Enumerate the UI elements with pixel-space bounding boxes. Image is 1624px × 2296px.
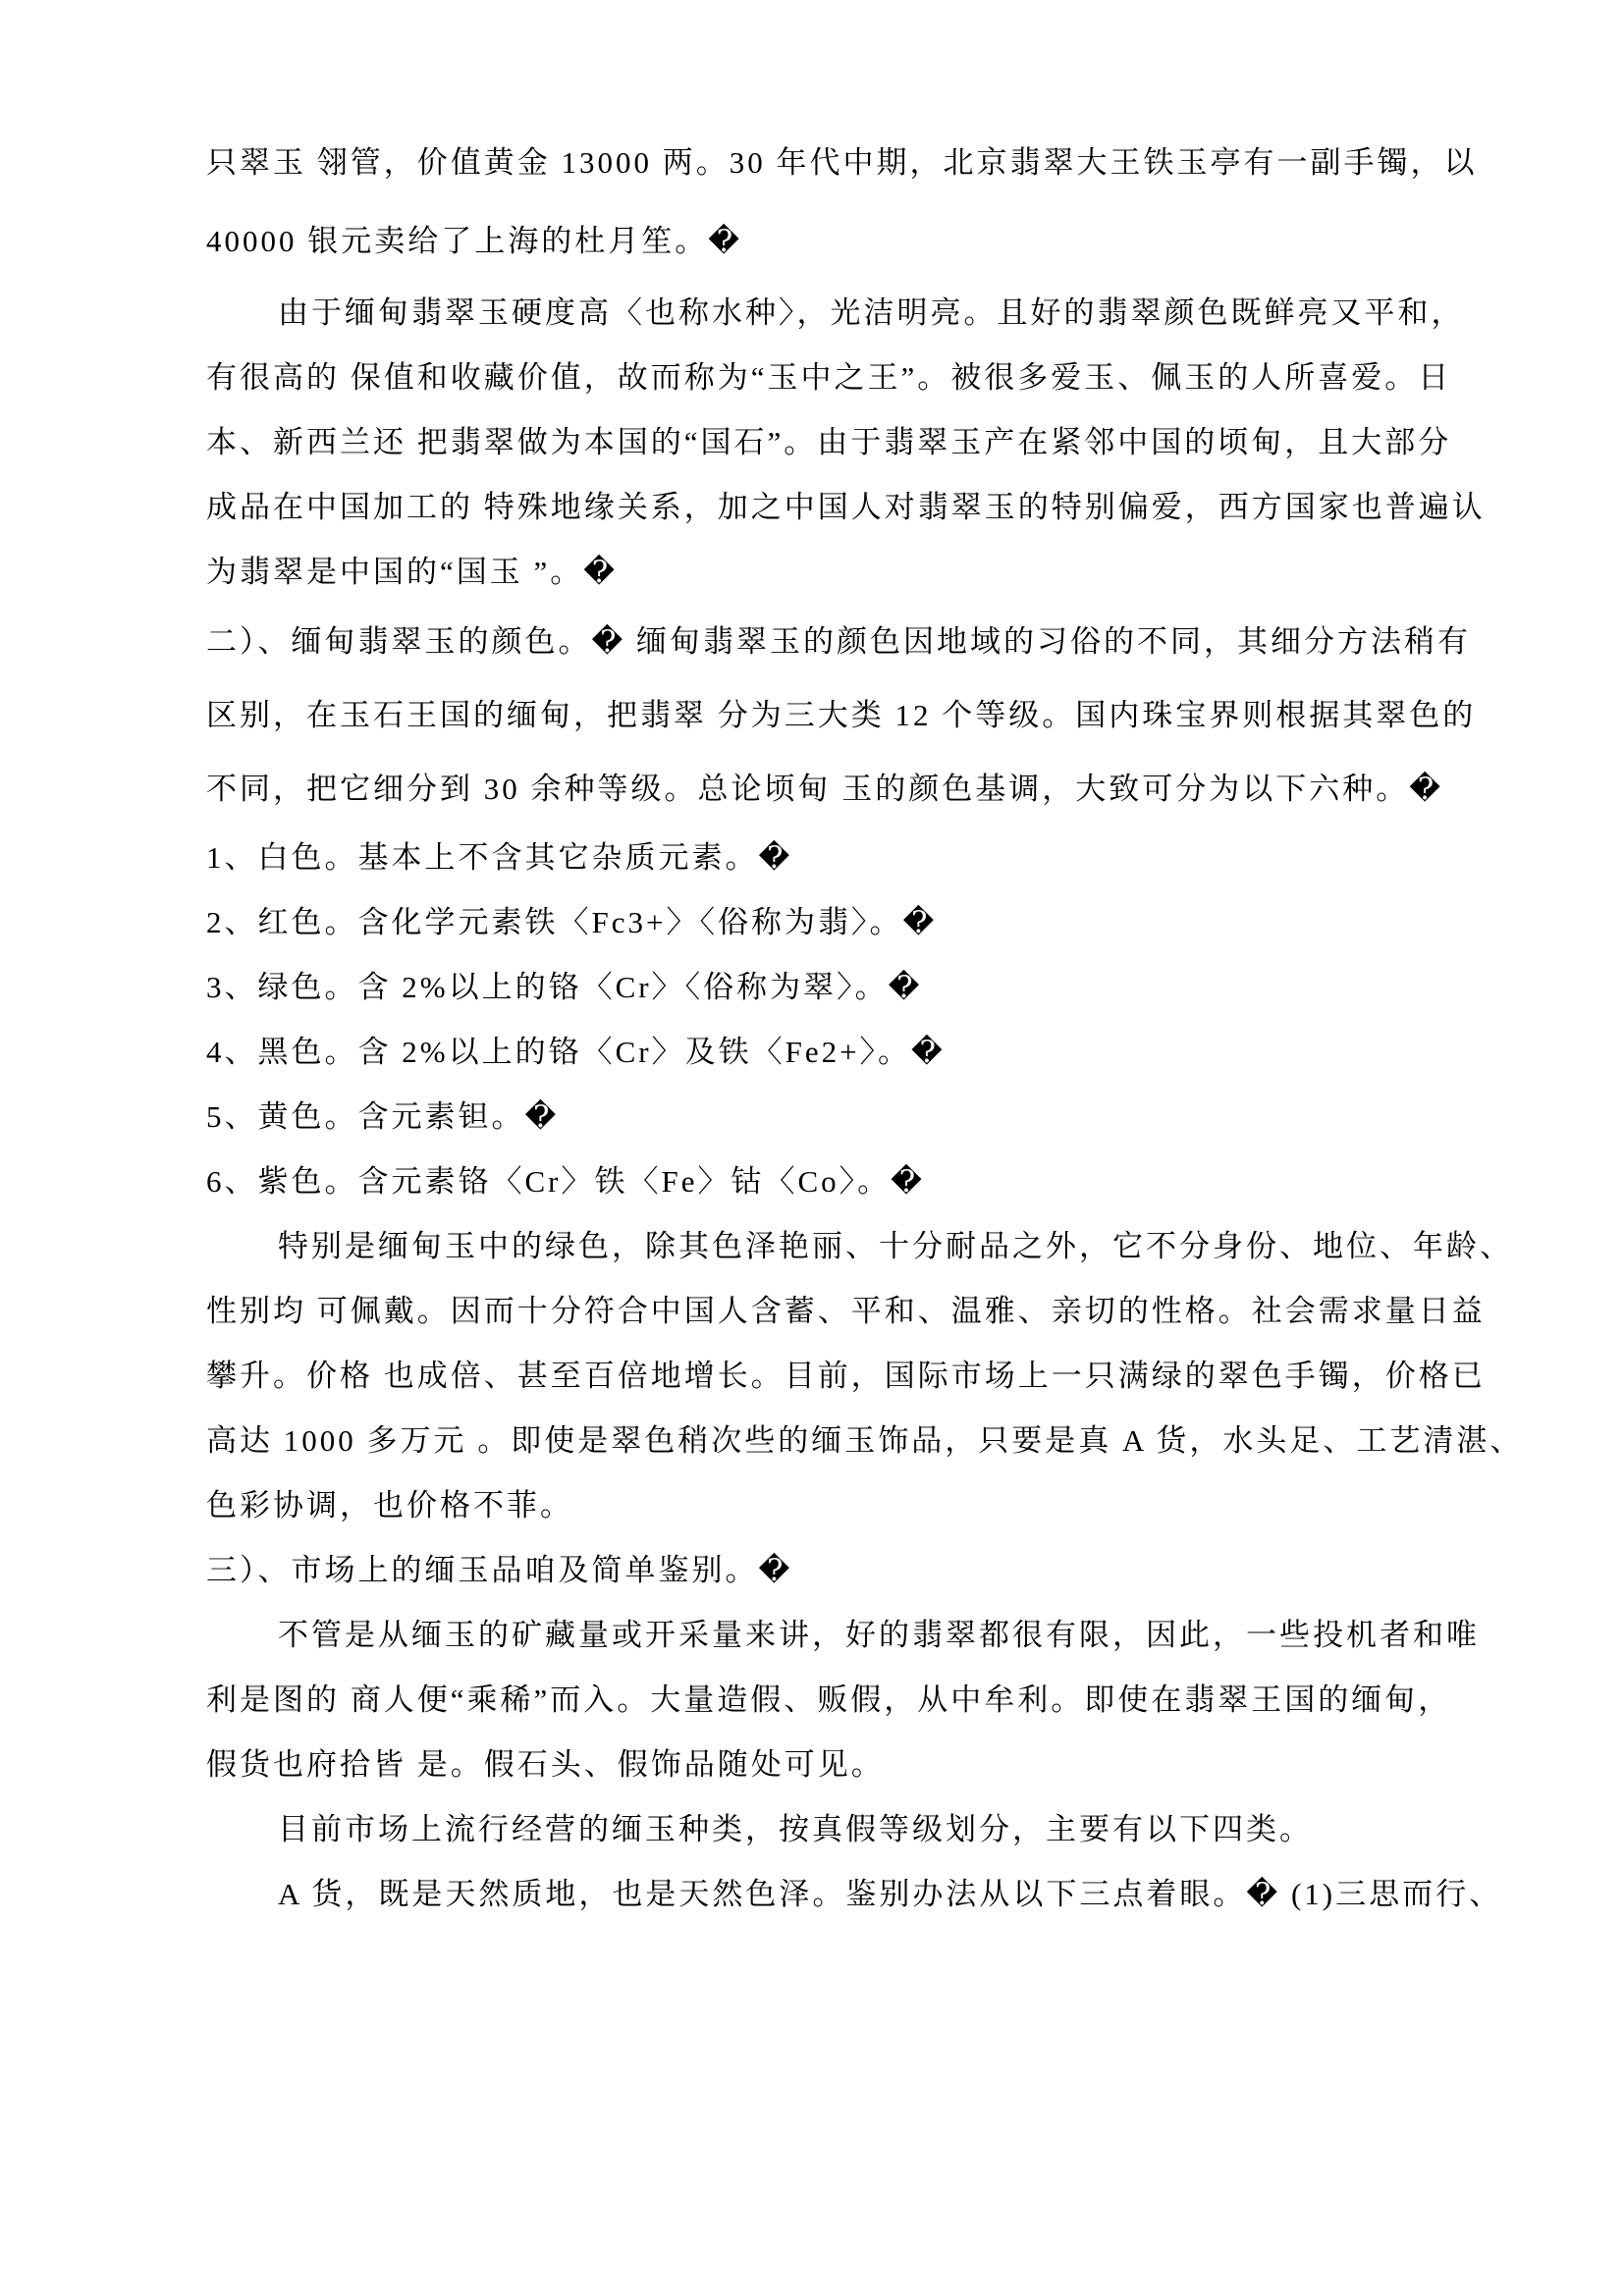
text-line: 不同，把它细分到 30 余种等级。总论顷甸 玉的颜色基调，大致可分为以下六种。� xyxy=(206,752,1477,826)
text-line: 二）、缅甸翡翠玉的颜色。� 缅甸翡翠玉的颜色因地域的习俗的不同，其细分方法稍有 xyxy=(206,605,1477,678)
color-item-yellow: 5、黄色。含元素钽。� xyxy=(206,1085,1477,1149)
text-line: A 货，既是天然质地，也是天然色泽。鉴别办法从以下三点着眼。� (1)三思而行、 xyxy=(206,1862,1477,1927)
text-line: 1、白色。基本上不含其它杂质元素。� xyxy=(206,826,1477,890)
color-item-black: 4、黑色。含 2%以上的铬〈Cr〉及铁〈Fe2+〉。� xyxy=(206,1020,1477,1085)
text-line: 攀升。价格 也成倍、甚至百倍地增长。目前，国际市场上一只满绿的翠色手镯，价格已 xyxy=(206,1344,1477,1409)
para-a-grade: A 货，既是天然质地，也是天然色泽。鉴别办法从以下三点着眼。� (1)三思而行、 xyxy=(206,1862,1477,1927)
text-line: 3、绿色。含 2%以上的铬〈Cr〉〈俗称为翠〉。� xyxy=(206,955,1477,1020)
heading-section-2-colors: 二）、缅甸翡翠玉的颜色。� 缅甸翡翠玉的颜色因地域的习俗的不同，其细分方法稍有 … xyxy=(206,605,1477,826)
para-fake-goods: 不管是从缅玉的矿藏量或开采量来讲，好的翡翠都很有限，因此，一些投机者和唯 利是图… xyxy=(206,1603,1477,1797)
text-line: 2、红色。含化学元素铁〈Fc3+〉〈俗称为翡〉。� xyxy=(206,890,1477,955)
text-line: 目前市场上流行经营的缅玉种类，按真假等级划分，主要有以下四类。 xyxy=(206,1797,1477,1862)
text-line: 区别，在玉石王国的缅甸，把翡翠 分为三大类 12 个等级。国内珠宝界则根据其翠色… xyxy=(206,678,1477,752)
text-line: 6、紫色。含元素铬〈Cr〉铁〈Fe〉钴〈Co〉。� xyxy=(206,1149,1477,1214)
para-jade-qualities: 由于缅甸翡翠玉硬度高〈也称水种〉，光洁明亮。且好的翡翠颜色既鲜亮又平和， 有很高… xyxy=(206,281,1477,605)
text-line: 有很高的 保值和收藏价值，故而称为“玉中之王”。被很多爱玉、佩玉的人所喜爱。日 xyxy=(206,346,1477,410)
text-line: 成品在中国加工的 特殊地缘关系，加之中国人对翡翠玉的特别偏爱，西方国家也普遍认 xyxy=(206,475,1477,540)
text-line: 5、黄色。含元素钽。� xyxy=(206,1085,1477,1149)
text-line: 本、新西兰还 把翡翠做为本国的“国石”。由于翡翠玉产在紧邻中国的顷甸，且大部分 xyxy=(206,410,1477,475)
text-line: 色彩协调，也价格不菲。 xyxy=(206,1473,1477,1538)
text-line: 性别均 可佩戴。因而十分符合中国人含蓄、平和、温雅、亲切的性格。社会需求量日益 xyxy=(206,1279,1477,1344)
text-line: 特别是缅甸玉中的绿色，除其色泽艳丽、十分耐品之外，它不分身份、地位、年龄、 xyxy=(206,1214,1477,1279)
text-line: 为翡翠是中国的“国玉 ”。� xyxy=(206,540,1477,605)
text-line: 假货也府拾皆 是。假石头、假饰品随处可见。 xyxy=(206,1733,1477,1797)
text-line: 只翠玉 翎管，价值黄金 13000 两。30 年代中期，北京翡翠大王铁玉亭有一副… xyxy=(206,124,1477,202)
text-line: 40000 银元卖给了上海的杜月笙。� xyxy=(206,202,1477,281)
text-line: 由于缅甸翡翠玉硬度高〈也称水种〉，光洁明亮。且好的翡翠颜色既鲜亮又平和， xyxy=(206,281,1477,346)
para-continuation: 只翠玉 翎管，价值黄金 13000 两。30 年代中期，北京翡翠大王铁玉亭有一副… xyxy=(206,124,1477,281)
text-line: 不管是从缅玉的矿藏量或开采量来讲，好的翡翠都很有限，因此，一些投机者和唯 xyxy=(206,1603,1477,1668)
text-line: 4、黑色。含 2%以上的铬〈Cr〉及铁〈Fe2+〉。� xyxy=(206,1020,1477,1085)
text-line: 利是图的 商人便“乘稀”而入。大量造假、贩假，从中牟利。即使在翡翠王国的缅甸， xyxy=(206,1668,1477,1733)
text-line: 三）、市场上的缅玉品咱及简单鉴别。� xyxy=(206,1538,1477,1603)
document-page: 只翠玉 翎管，价值黄金 13000 两。30 年代中期，北京翡翠大王铁玉亭有一副… xyxy=(0,0,1624,2296)
color-item-purple: 6、紫色。含元素铬〈Cr〉铁〈Fe〉钴〈Co〉。� xyxy=(206,1149,1477,1214)
color-item-red: 2、红色。含化学元素铁〈Fc3+〉〈俗称为翡〉。� xyxy=(206,890,1477,955)
heading-section-3-market: 三）、市场上的缅玉品咱及简单鉴别。� xyxy=(206,1538,1477,1603)
text-line: 高达 1000 多万元 。即使是翠色稍次些的缅玉饰品，只要是真 A 货，水头足、… xyxy=(206,1409,1477,1473)
color-item-green: 3、绿色。含 2%以上的铬〈Cr〉〈俗称为翠〉。� xyxy=(206,955,1477,1020)
color-item-white: 1、白色。基本上不含其它杂质元素。� xyxy=(206,826,1477,890)
para-green-value: 特别是缅甸玉中的绿色，除其色泽艳丽、十分耐品之外，它不分身份、地位、年龄、 性别… xyxy=(206,1214,1477,1538)
para-four-classes: 目前市场上流行经营的缅玉种类，按真假等级划分，主要有以下四类。 xyxy=(206,1797,1477,1862)
